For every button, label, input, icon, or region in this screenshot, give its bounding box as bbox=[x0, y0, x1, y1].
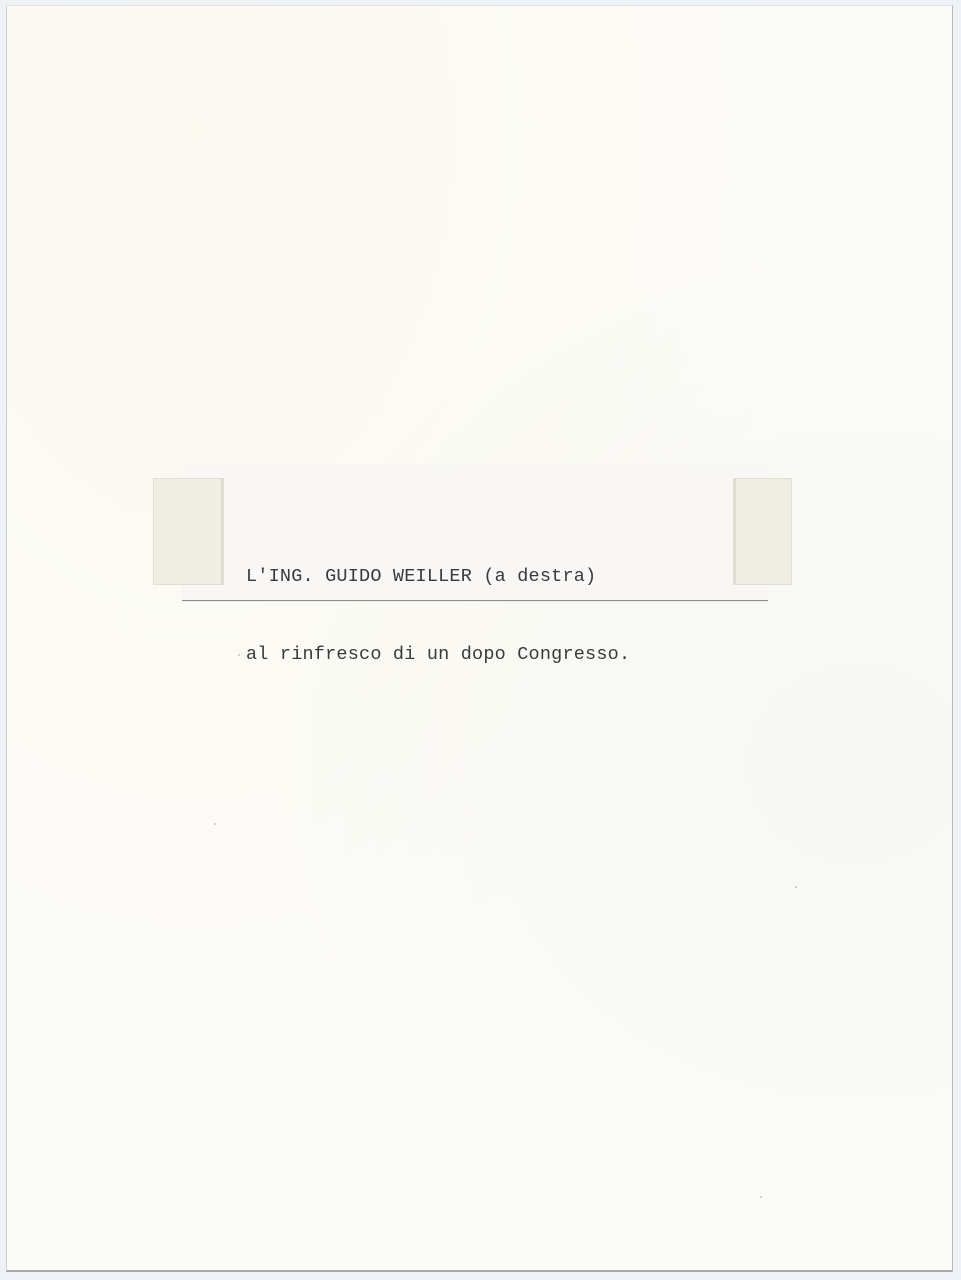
tape-left bbox=[153, 478, 224, 585]
paper-speck bbox=[760, 1196, 762, 1198]
paper-speck bbox=[795, 886, 797, 888]
paper-speck bbox=[238, 654, 240, 656]
tape-right bbox=[733, 478, 792, 585]
tape-edge bbox=[734, 479, 736, 584]
caption-line-1: L'ING. GUIDO WEILLER (a destra) bbox=[246, 564, 630, 590]
tape-edge bbox=[221, 479, 223, 584]
paper-speck bbox=[214, 823, 216, 825]
typed-caption: L'ING. GUIDO WEILLER (a destra) al rinfr… bbox=[246, 512, 630, 694]
caption-line-2: al rinfresco di un dopo Congresso. bbox=[246, 642, 630, 668]
